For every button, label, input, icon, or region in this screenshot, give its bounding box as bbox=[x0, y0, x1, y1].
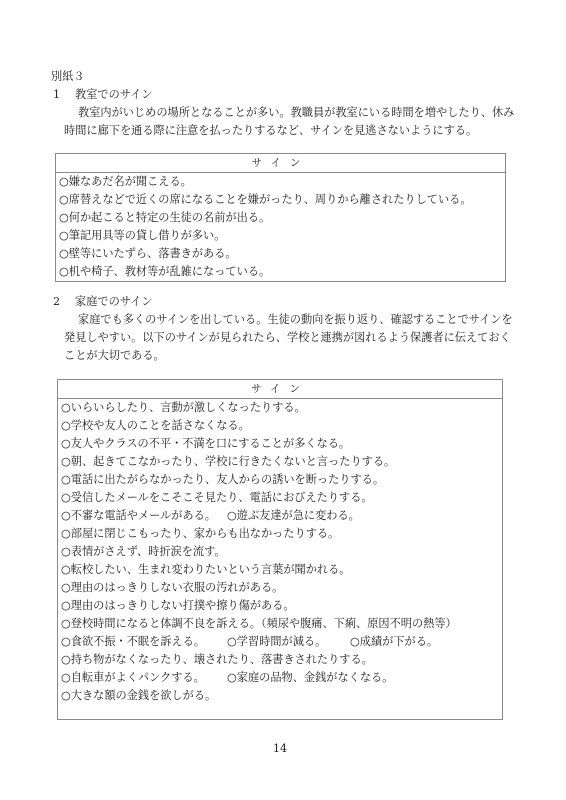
sign-item: ○転校したい、生まれ変わりたいという言葉が聞かれる。 bbox=[58, 561, 503, 579]
paragraph-line: 教室内がいじめの場所となることが多い。教職員が教室にいる時間を増やしたり、休み bbox=[64, 104, 524, 122]
section-1-number: 1 bbox=[53, 86, 75, 104]
sign-item: ○食欲不振・不眠を訴える。 bbox=[61, 633, 227, 651]
sign-item: ○家庭の品物、金銭がなくなる。 bbox=[227, 669, 393, 687]
table-row: ○不審な電話やメールがある。○遊ぶ友達が急に変わる。 bbox=[58, 507, 503, 525]
table-row: ○いらいらしたり、言動が激しくなったりする。 bbox=[58, 399, 503, 418]
sign-item: ○登校時間になると体調不良を訴える。（頻尿や腹痛、下痢、原因不明の熱等） bbox=[58, 615, 503, 633]
table-row: ○友人やクラスの不平・不満を口にすることが多くなる。 bbox=[58, 435, 503, 453]
table-row: ○嫌なあだ名が聞こえる。 bbox=[56, 173, 506, 192]
sign-item: ○受信したメールをこそこそ見たり、電話におびえたりする。 bbox=[58, 489, 503, 507]
table-row: ○理由のはっきりしない打撲や擦り傷がある。 bbox=[58, 597, 503, 615]
table-header: サイン bbox=[58, 380, 503, 399]
table-row: ○食欲不振・不眠を訴える。○学習時間が減る。○成績が下がる。 bbox=[58, 633, 503, 651]
sign-item: ○朝、起きてこなかったり、学校に行きたくないと言ったりする。 bbox=[58, 453, 503, 471]
sign-item: ○何か起こると特定の生徒の名前が出る。 bbox=[56, 209, 506, 227]
table-header: サイン bbox=[56, 154, 506, 173]
sign-item: ○電話に出たがらなかったり、友人からの誘いを断ったりする。 bbox=[58, 471, 503, 489]
paragraph-line: ことが大切である。 bbox=[64, 347, 524, 365]
attachment-label: 別紙３ bbox=[51, 68, 85, 86]
sign-item: ○学習時間が減る。 bbox=[227, 633, 350, 651]
paragraph-line: 発見しやすい。以下のサインが見られたら、学校と連携が図れるよう保護者に伝えておく bbox=[64, 329, 524, 347]
paragraph-line: 時間に廊下を通る際に注意を払ったりするなど、サインを見逃さないようにする。 bbox=[64, 122, 524, 140]
sign-item: ○表情がさえず、時折涙を流す。 bbox=[58, 543, 503, 561]
section-2-heading: 2家庭でのサイン bbox=[53, 293, 153, 311]
sign-item: ○持ち物がなくなったり、壊されたり、落書きされたりする。 bbox=[58, 651, 503, 669]
table-row: ○部屋に閉じこもったり、家からも出なかったりする。 bbox=[58, 525, 503, 543]
table-row: ○机や椅子、教材等が乱雑になっている。 bbox=[56, 263, 506, 282]
section-2-paragraph: 家庭でも多くのサインを出している。生徒の動向を振り返り、確認することでサインを … bbox=[64, 311, 524, 365]
sign-item: ○学校や友人のことを話さなくなる。 bbox=[58, 417, 503, 435]
page-number: 14 bbox=[273, 740, 287, 758]
sign-item: ○部屋に閉じこもったり、家からも出なかったりする。 bbox=[58, 525, 503, 543]
section-1-heading: 1教室でのサイン bbox=[53, 86, 153, 104]
table-row: ○理由のはっきりしない衣服の汚れがある。 bbox=[58, 579, 503, 597]
table-row: ○壁等にいたずら、落書きがある。 bbox=[56, 245, 506, 263]
table-row: ○表情がさえず、時折涙を流す。 bbox=[58, 543, 503, 561]
classroom-signs-table: サイン ○嫌なあだ名が聞こえる。 ○席替えなどで近くの席になることを嫌がったり、… bbox=[55, 153, 506, 282]
sign-item: ○自転車がよくパンクする。 bbox=[61, 669, 227, 687]
table-row: ○自転車がよくパンクする。○家庭の品物、金銭がなくなる。 bbox=[58, 669, 503, 687]
table-row: ○受信したメールをこそこそ見たり、電話におびえたりする。 bbox=[58, 489, 503, 507]
sign-item: ○大きな額の金銭を欲しがる。 bbox=[58, 687, 503, 720]
home-signs-table: サイン ○いらいらしたり、言動が激しくなったりする。 ○学校や友人のことを話さな… bbox=[57, 379, 503, 720]
table-row: ○学校や友人のことを話さなくなる。 bbox=[58, 417, 503, 435]
table-row: ○電話に出たがらなかったり、友人からの誘いを断ったりする。 bbox=[58, 471, 503, 489]
sign-item: ○遊ぶ友達が急に変わる。 bbox=[227, 507, 360, 525]
section-1-title: 教室でのサイン bbox=[75, 88, 153, 101]
table-row: ○朝、起きてこなかったり、学校に行きたくないと言ったりする。 bbox=[58, 453, 503, 471]
sign-item: ○嫌なあだ名が聞こえる。 bbox=[56, 173, 506, 192]
section-2-number: 2 bbox=[53, 293, 75, 311]
paragraph-line: 家庭でも多くのサインを出している。生徒の動向を振り返り、確認することでサインを bbox=[64, 311, 524, 329]
sign-item: ○友人やクラスの不平・不満を口にすることが多くなる。 bbox=[58, 435, 503, 453]
section-2-title: 家庭でのサイン bbox=[75, 295, 153, 308]
table-row: ○転校したい、生まれ変わりたいという言葉が聞かれる。 bbox=[58, 561, 503, 579]
table-row: ○席替えなどで近くの席になることを嫌がったり、周りから離されたりしている。 bbox=[56, 191, 506, 209]
sign-item: ○不審な電話やメールがある。 bbox=[61, 507, 227, 525]
sign-item: ○筆記用具等の貸し借りが多い。 bbox=[56, 227, 506, 245]
sign-item: ○机や椅子、教材等が乱雑になっている。 bbox=[56, 263, 506, 282]
sign-item: ○壁等にいたずら、落書きがある。 bbox=[56, 245, 506, 263]
sign-item: ○いらいらしたり、言動が激しくなったりする。 bbox=[58, 399, 503, 418]
section-1-paragraph: 教室内がいじめの場所となることが多い。教職員が教室にいる時間を増やしたり、休み … bbox=[64, 104, 524, 140]
sign-item: ○成績が下がる。 bbox=[350, 633, 438, 651]
sign-item: ○席替えなどで近くの席になることを嫌がったり、周りから離されたりしている。 bbox=[56, 191, 506, 209]
table-row: ○筆記用具等の貸し借りが多い。 bbox=[56, 227, 506, 245]
table-row: ○登校時間になると体調不良を訴える。（頻尿や腹痛、下痢、原因不明の熱等） bbox=[58, 615, 503, 633]
table-row: ○持ち物がなくなったり、壊されたり、落書きされたりする。 bbox=[58, 651, 503, 669]
sign-item: ○理由のはっきりしない衣服の汚れがある。 bbox=[58, 579, 503, 597]
sign-item: ○理由のはっきりしない打撲や擦り傷がある。 bbox=[58, 597, 503, 615]
table-row: ○大きな額の金銭を欲しがる。 bbox=[58, 687, 503, 720]
table-row: ○何か起こると特定の生徒の名前が出る。 bbox=[56, 209, 506, 227]
